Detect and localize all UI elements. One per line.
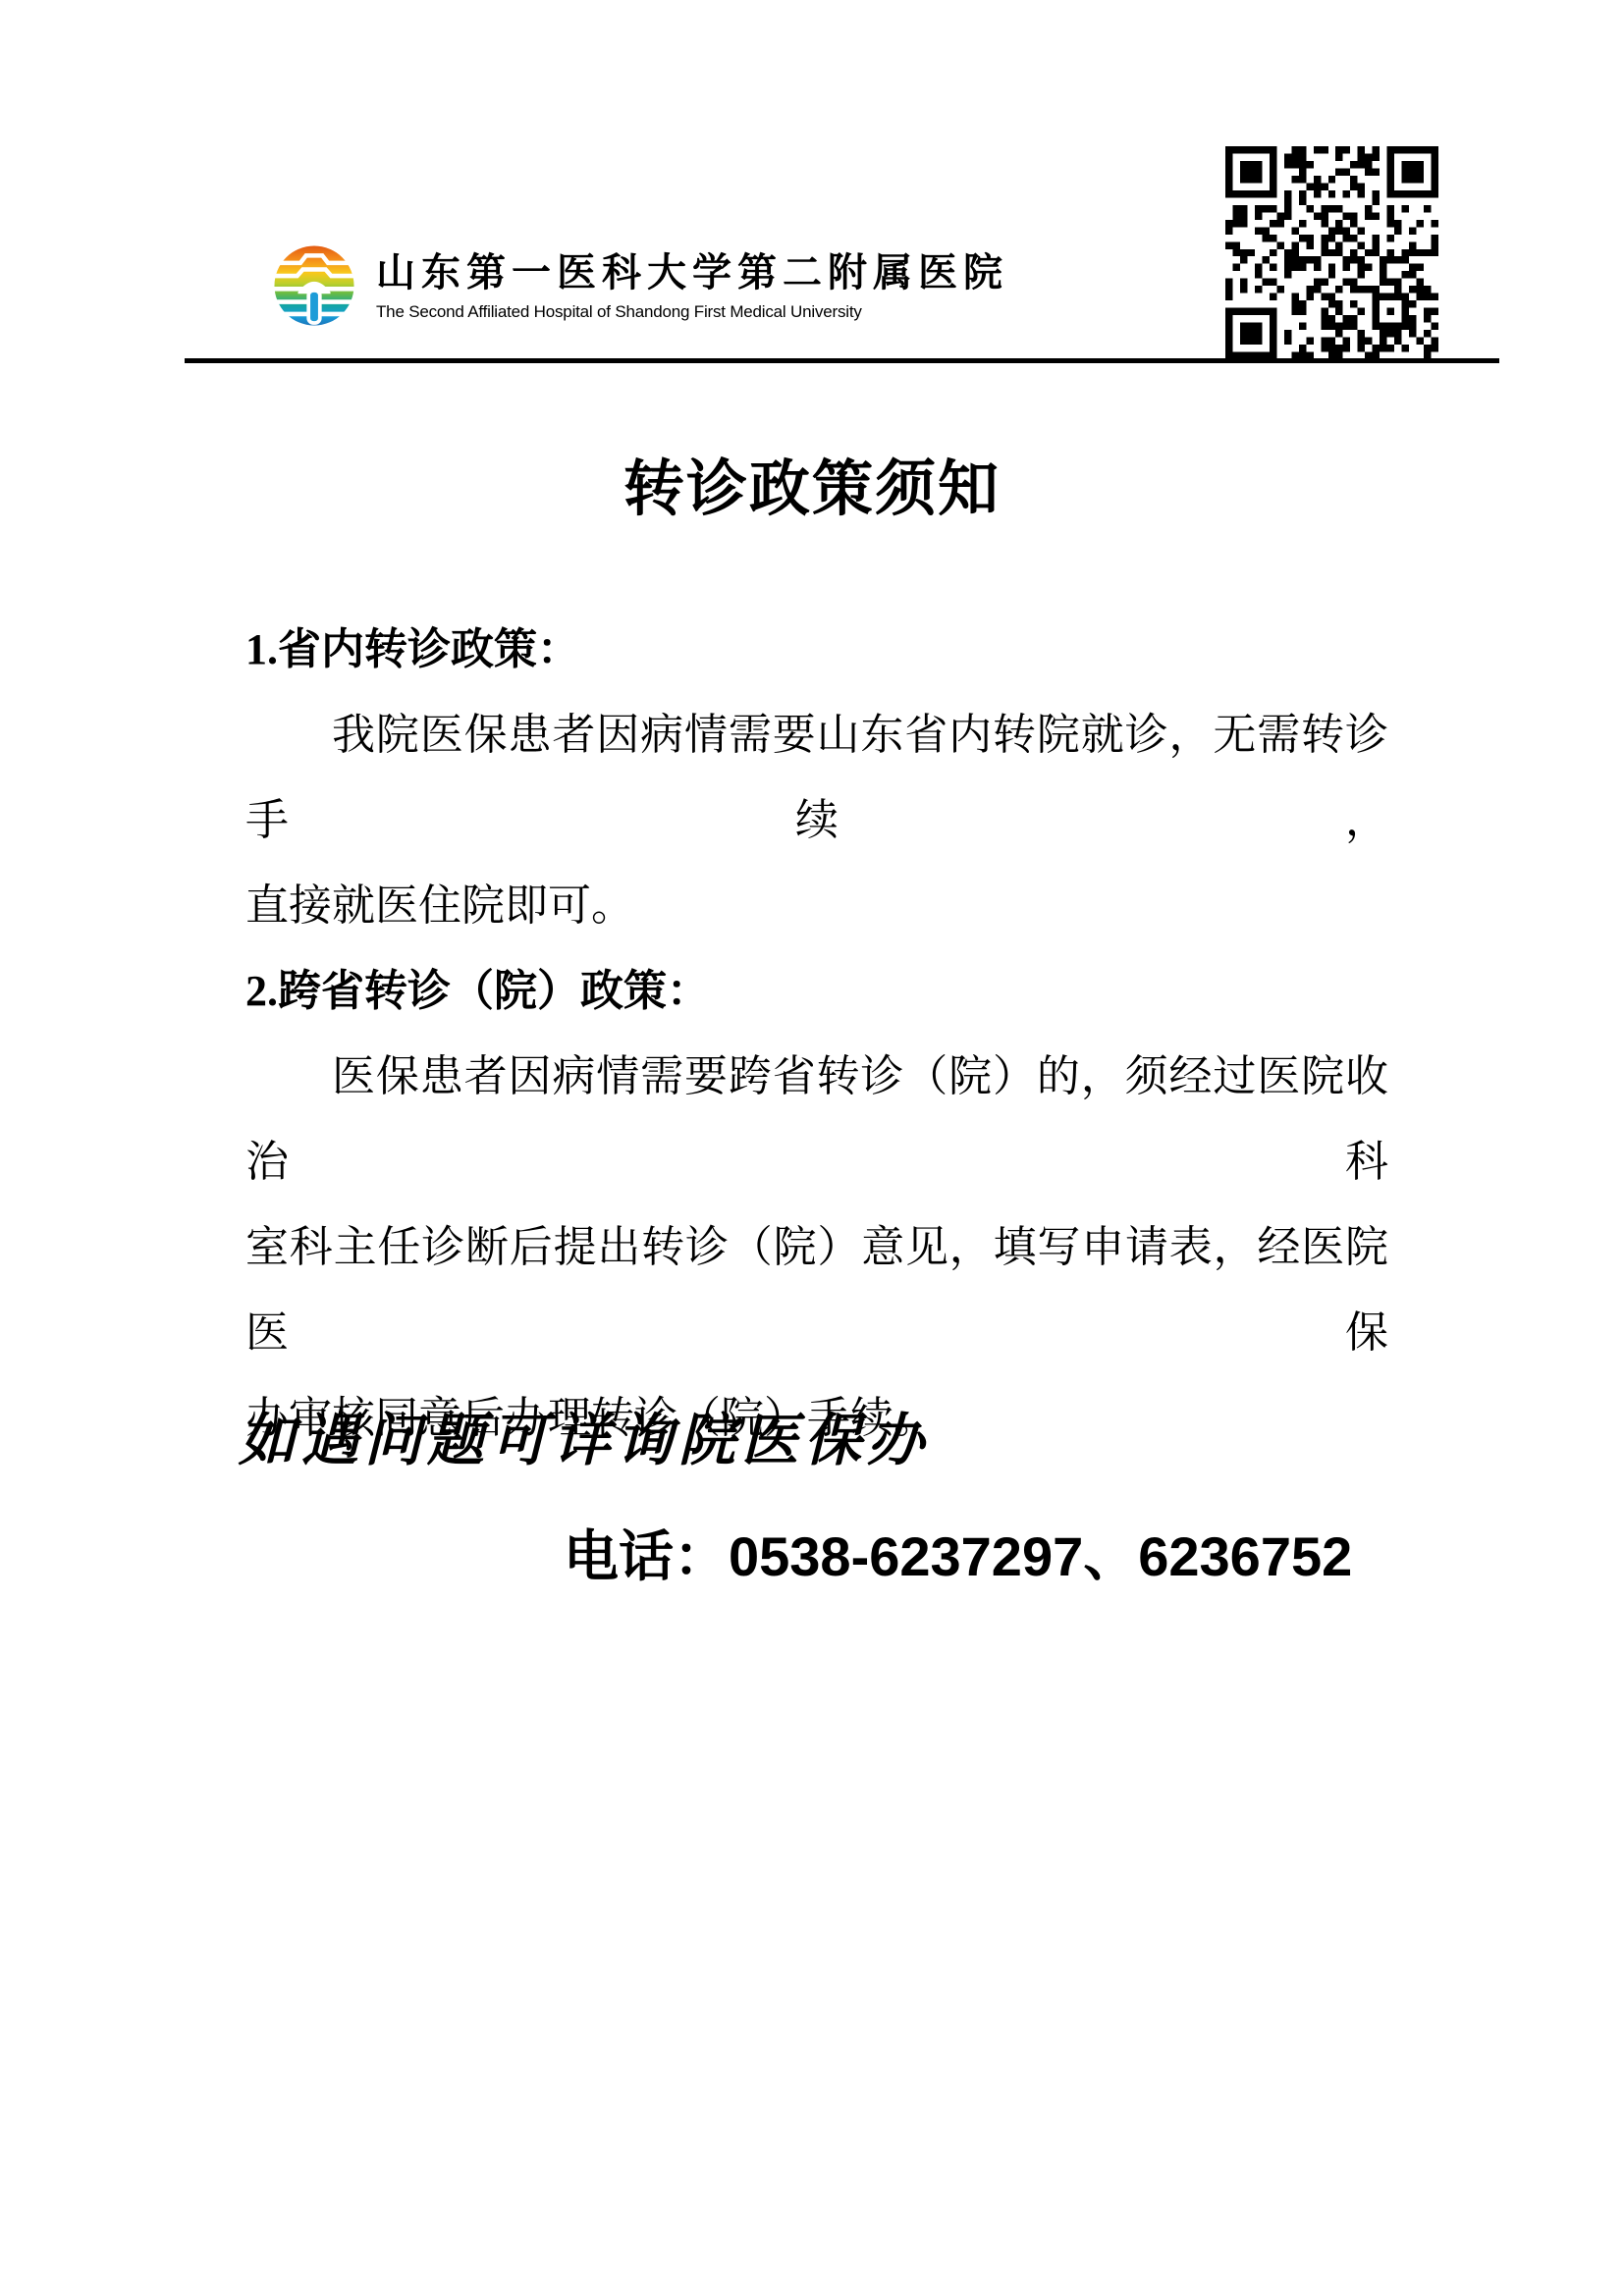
contact-note: 如遇问题可详询院医保办 — [239, 1394, 930, 1476]
header-divider — [185, 358, 1499, 363]
contact-phone: 电话：0538-6237297、6236752 — [564, 1514, 1352, 1592]
hospital-brand: 山东第一医科大学第二附属医院 The Second Affiliated Hos… — [273, 243, 1008, 328]
hospital-name-zh: 山东第一医科大学第二附属医院 — [376, 251, 1008, 294]
policy-line: 室科主任诊断后提出转诊（院）意见，填写申请表，经医院医保 — [245, 1204, 1388, 1375]
page-title: 转诊政策须知 — [0, 440, 1624, 527]
policy-line: 直接就医住院即可。 — [245, 863, 1388, 948]
qr-code — [1225, 146, 1438, 359]
hospital-name-block: 山东第一医科大学第二附属医院 The Second Affiliated Hos… — [376, 243, 1008, 322]
policy-content: 1.省内转诊政策： 我院医保患者因病情需要山东省内转院就诊，无需转诊手续， 直接… — [245, 607, 1388, 1461]
policy-line: 我院医保患者因病情需要山东省内转院就诊，无需转诊手续， — [245, 692, 1388, 863]
document-page: 山东第一医科大学第二附属医院 The Second Affiliated Hos… — [0, 0, 1624, 2296]
hospital-logo-icon — [273, 243, 355, 328]
policy-line: 医保患者因病情需要跨省转诊（院）的，须经过医院收治科 — [245, 1034, 1388, 1204]
section-1-heading: 1.省内转诊政策： — [245, 607, 1388, 692]
section-2-heading: 2.跨省转诊（院）政策： — [245, 948, 1388, 1034]
hospital-name-en: The Second Affiliated Hospital of Shando… — [376, 302, 1008, 322]
